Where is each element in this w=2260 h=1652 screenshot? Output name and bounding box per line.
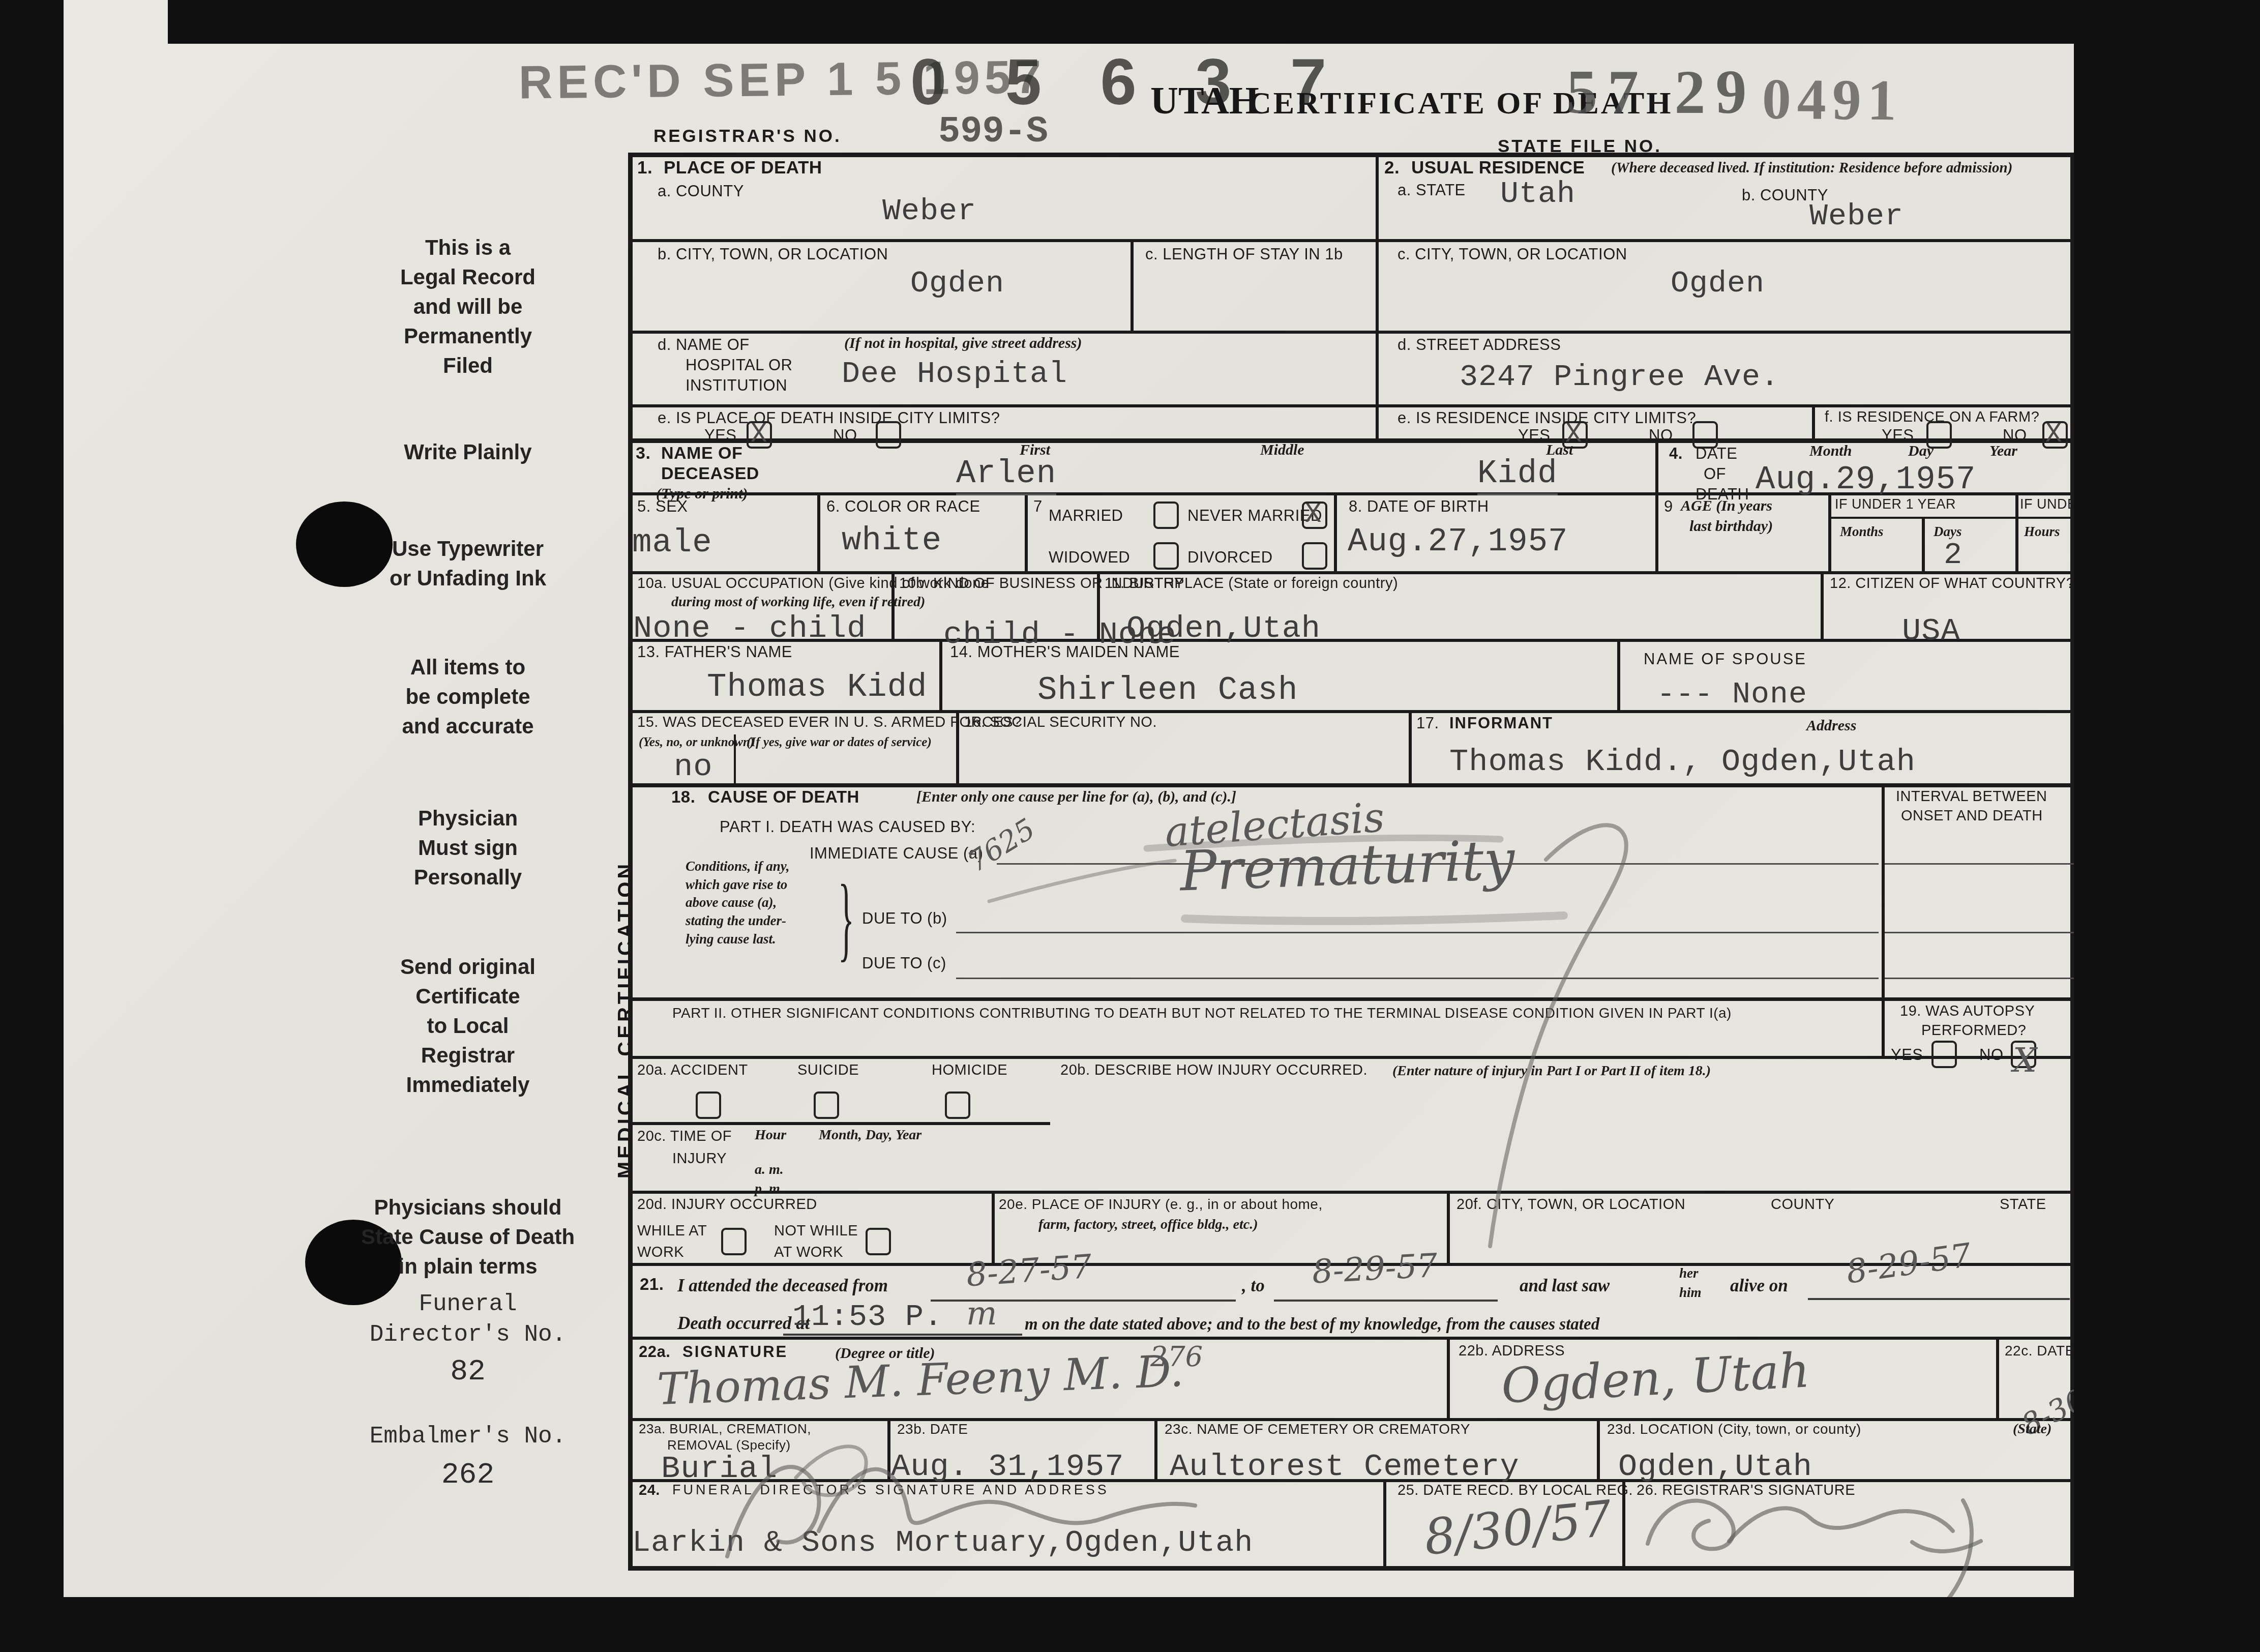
handwriting-flourishes — [0, 0, 2260, 1652]
death-certificate-scan: REC'D SEP 1 5 1957 0 5 6 3 7 REGISTRAR'S… — [0, 0, 2260, 1652]
scan-edge-bottom — [0, 1597, 2260, 1652]
scan-edge-left — [0, 0, 64, 1652]
scan-edge-right — [2074, 0, 2260, 1652]
scan-edge-top — [168, 0, 2260, 44]
